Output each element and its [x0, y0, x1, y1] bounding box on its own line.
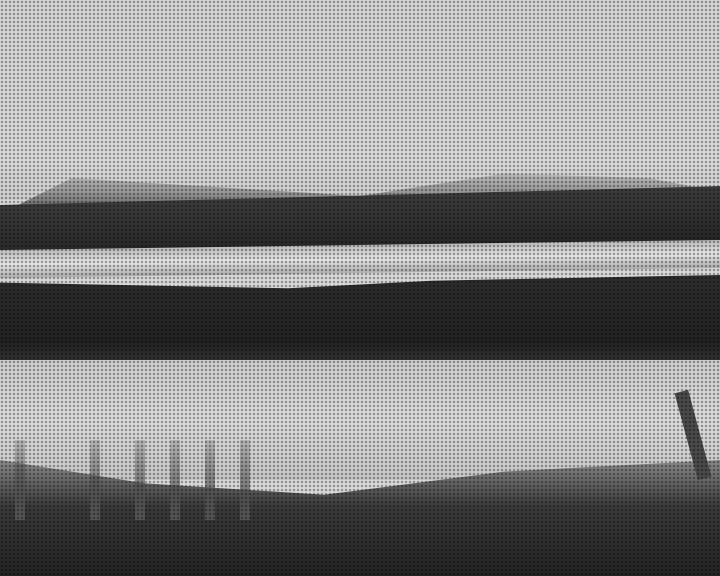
- post: [15, 440, 25, 520]
- post: [205, 440, 215, 520]
- post: [135, 440, 145, 520]
- dark-band-middle: [0, 275, 720, 370]
- post: [90, 440, 100, 520]
- post-shapes: [0, 440, 720, 540]
- halftone-photograph: Grayscale halftone-printed landscape sho…: [0, 0, 720, 576]
- post: [170, 440, 180, 520]
- sky: [0, 0, 720, 200]
- post: [240, 440, 250, 520]
